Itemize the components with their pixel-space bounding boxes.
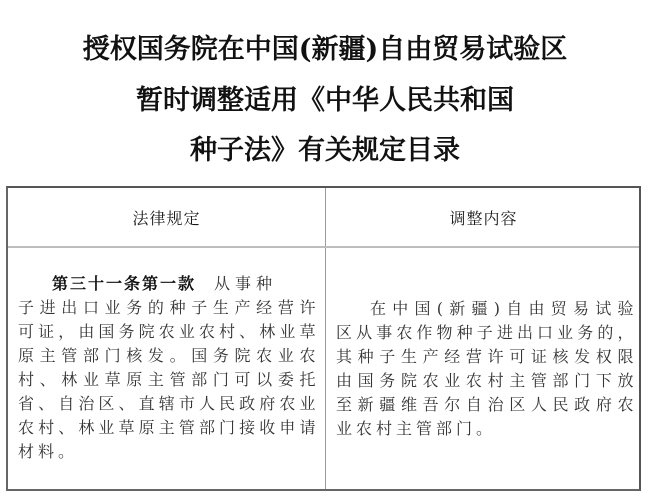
adjustment-line: 至新疆维吾尔自治区人民政府农 bbox=[336, 393, 634, 417]
law-provision-line: 村、林业草原主管部门可以委托 bbox=[18, 368, 316, 392]
adjustment-line: 其种子生产经营许可证核发权限 bbox=[336, 345, 634, 369]
law-provision-line: 可证，由国务院农业农村、林业草 bbox=[18, 320, 316, 344]
adjustment-line: 区从事农作物种子进出口业务的， bbox=[336, 321, 634, 345]
adjustment-line: 由国务院农业农村主管部门下放 bbox=[336, 369, 634, 393]
adjustment-line: 业农村主管部门。 bbox=[336, 417, 634, 441]
law-provision-line: 第三十一条第一款 从事种 bbox=[18, 272, 316, 296]
adjustment-cell: 在中国(新疆)自由贸易试验 区从事农作物种子进出口业务的， 其种子生产经营许可证… bbox=[336, 297, 634, 441]
law-provision-line: 子进出口业务的种子生产经营许 bbox=[18, 296, 316, 320]
law-provision-line: 材料。 bbox=[18, 440, 316, 464]
law-provision-cell: 第三十一条第一款 从事种 子进出口业务的种子生产经营许 可证，由国务院农业农村、… bbox=[18, 272, 316, 464]
law-provision-line: 省、自治区、直辖市人民政府农业 bbox=[18, 392, 316, 416]
document-title-line-3: 种子法》有关规定目录 bbox=[0, 128, 650, 167]
column-divider bbox=[325, 188, 326, 489]
document-title-line-1: 授权国务院在中国(新疆)自由贸易试验区 bbox=[0, 27, 650, 66]
column-header-adjustment: 调整内容 bbox=[326, 206, 641, 230]
law-provision-text: 从事种 bbox=[214, 272, 277, 296]
adjustment-line: 在中国(新疆)自由贸易试验 bbox=[336, 297, 634, 321]
law-provision-line: 农村、林业草原主管部门接收申请 bbox=[18, 416, 316, 440]
document-title-line-2: 暂时调整适用《中华人民共和国 bbox=[0, 78, 650, 117]
regulation-table: 法律规定 调整内容 第三十一条第一款 从事种 子进出口业务的种子生产经营许 可证… bbox=[6, 186, 641, 491]
article-reference: 第三十一条第一款 bbox=[52, 272, 196, 296]
column-header-law-provision: 法律规定 bbox=[8, 206, 325, 230]
law-provision-line: 原主管部门核发。国务院农业农 bbox=[18, 344, 316, 368]
header-divider bbox=[8, 246, 639, 248]
